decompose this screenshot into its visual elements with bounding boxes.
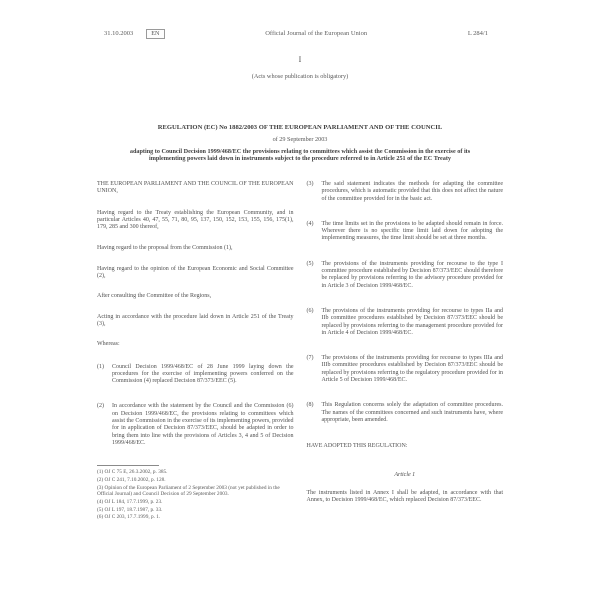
recital-4: (4) The time limits set in the provision… [307,221,504,243]
article-1-text: The instruments listed in Annex I shall … [307,490,504,505]
footnote-2: (2) OJ C 241, 7.10.2002, p. 128. [97,477,294,484]
citation-treaty: Having regard to the Treaty establishing… [97,210,294,232]
footnote-6: (6) OJ C 203, 17.7.1999, p. 1. [97,514,294,521]
regulation-date: of 29 September 2003 [106,136,494,143]
right-column: (3) The said statement indicates the met… [307,181,504,522]
section-numeral: I [0,55,600,64]
body-columns: THE EUROPEAN PARLIAMENT AND THE COUNCIL … [97,181,503,522]
citation-committee-regions: After consulting the Committee of the Re… [97,293,294,300]
recital-3: (3) The said statement indicates the met… [307,181,504,203]
title-block: REGULATION (EC) No 1882/2003 OF THE EURO… [106,124,494,163]
recital-number: (7) [307,355,322,384]
citation-commission-proposal: Having regard to the proposal from the C… [97,245,294,252]
citation-eesc-opinion: Having regard to the opinion of the Euro… [97,266,294,281]
article-1-heading: Article 1 [307,472,504,479]
header-date: 31.10.2003 [104,30,133,38]
recital-5: (5) The provisions of the instruments pr… [307,261,504,290]
footnote-4: (4) OJ L 184, 17.7.1999, p. 23. [97,499,294,506]
regulation-subject: adapting to Council Decision 1999/468/EC… [106,148,494,163]
recital-2: (2) In accordance with the statement by … [97,403,294,447]
recital-number: (1) [97,364,112,386]
oj-header: 31.10.2003 EN Official Journal of the Eu… [104,29,488,39]
recital-number: (2) [97,403,112,447]
enacting-formula: HAVE ADOPTED THIS REGULATION: [307,443,504,450]
recital-number: (8) [307,402,322,424]
recital-1: (1) Council Decision 1999/468/EC of 28 J… [97,364,294,386]
recital-text: In accordance with the statement by the … [112,403,294,447]
recital-7: (7) The provisions of the instruments pr… [307,355,504,384]
section-subtitle: (Acts whose publication is obligatory) [0,73,600,80]
citation-article-251: Acting in accordance with the procedure … [97,314,294,329]
recital-8: (8) This Regulation concerns solely the … [307,402,504,424]
recital-text: The said statement indicates the methods… [322,181,504,203]
recital-text: The provisions of the instruments provid… [322,261,504,290]
footnote-5: (5) OJ L 197, 18.7.1987, p. 33. [97,507,294,514]
recital-number: (6) [307,308,322,337]
footnote-3: (3) Opinion of the European Parliament o… [97,485,294,498]
recital-text: The provisions of the instruments provid… [322,308,504,337]
footnote-separator [97,465,159,466]
regulation-title: REGULATION (EC) No 1882/2003 OF THE EURO… [106,124,494,132]
page-reference: L 284/1 [468,30,488,38]
recital-6: (6) The provisions of the instruments pr… [307,308,504,337]
recital-number: (5) [307,261,322,290]
journal-title: Official Journal of the European Union [165,30,468,38]
left-column: THE EUROPEAN PARLIAMENT AND THE COUNCIL … [97,181,294,522]
footnotes-block: (1) OJ C 75 E, 26.3.2002, p. 385. (2) OJ… [97,465,294,521]
recital-number: (4) [307,221,322,243]
recital-number: (3) [307,181,322,203]
preamble-parties: THE EUROPEAN PARLIAMENT AND THE COUNCIL … [97,181,294,196]
whereas-label: Whereas: [97,341,294,348]
language-code-box: EN [146,29,164,39]
recital-text: Council Decision 1999/468/EC of 28 June … [112,364,294,386]
recital-text: This Regulation concerns solely the adap… [322,402,504,424]
document-page: 31.10.2003 EN Official Journal of the Eu… [0,0,600,600]
footnote-1: (1) OJ C 75 E, 26.3.2002, p. 385. [97,469,294,476]
recital-text: The time limits set in the provisions to… [322,221,504,243]
recital-text: The provisions of the instruments provid… [322,355,504,384]
